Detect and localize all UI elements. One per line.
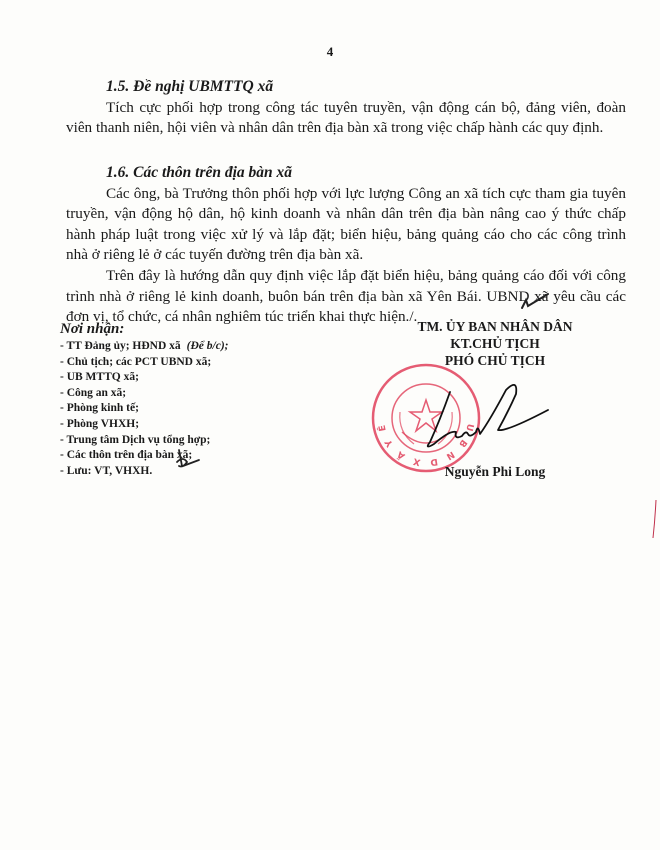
recipient-item: - Phòng VHXH;	[60, 417, 320, 433]
recipient-text: - Công an xã;	[60, 387, 126, 399]
recipient-item: - Công an xã;	[60, 386, 320, 402]
signer-name: Nguyễn Phi Long	[370, 464, 620, 480]
section-1-5: 1.5. Đề nghị UBMTTQ xã Tích cực phối hợp…	[66, 77, 626, 139]
edge-mark-icon	[652, 500, 658, 540]
section-paragraph: Các ông, bà Trưởng thôn phối hợp với lực…	[66, 184, 626, 266]
section-1-6: 1.6. Các thôn trên địa bàn xã Các ông, b…	[66, 163, 626, 266]
recipient-item: - Trung tâm Dịch vụ tổng hợp;	[60, 433, 320, 449]
recipient-text: - UB MTTQ xã;	[60, 371, 139, 383]
recipient-item: - Phòng kinh tế;	[60, 401, 320, 417]
signature-role: KT.CHỦ TỊCH	[370, 335, 620, 352]
initial-mark-icon	[173, 448, 201, 470]
recipient-text: - Phòng kinh tế;	[60, 402, 139, 414]
section-paragraph: Tích cực phối hợp trong công tác tuyên t…	[66, 98, 626, 139]
page-number: 4	[0, 44, 660, 60]
recipient-text: - Phòng VHXH;	[60, 418, 139, 430]
recipient-text: - Trung tâm Dịch vụ tổng hợp;	[60, 434, 210, 446]
recipient-item: - TT Đảng ủy; HĐND xã(Để b/c);	[60, 339, 320, 355]
recipient-item: - Chủ tịch; các PCT UBND xã;	[60, 355, 320, 371]
signature-icon	[420, 380, 550, 450]
checkmark-icon	[520, 292, 550, 310]
recipients-title: Nơi nhận:	[60, 320, 320, 338]
recipient-note: (Để b/c);	[187, 340, 229, 352]
recipient-text: - TT Đảng ủy; HĐND xã	[60, 340, 181, 352]
recipient-item: - UB MTTQ xã;	[60, 370, 320, 386]
section-heading: 1.5. Đề nghị UBMTTQ xã	[66, 77, 626, 98]
recipient-text: - Chủ tịch; các PCT UBND xã;	[60, 356, 211, 368]
recipient-text: - Lưu: VT, VHXH.	[60, 465, 152, 477]
signature-org: TM. ỦY BAN NHÂN DÂN	[370, 318, 620, 335]
section-heading: 1.6. Các thôn trên địa bàn xã	[66, 163, 626, 184]
